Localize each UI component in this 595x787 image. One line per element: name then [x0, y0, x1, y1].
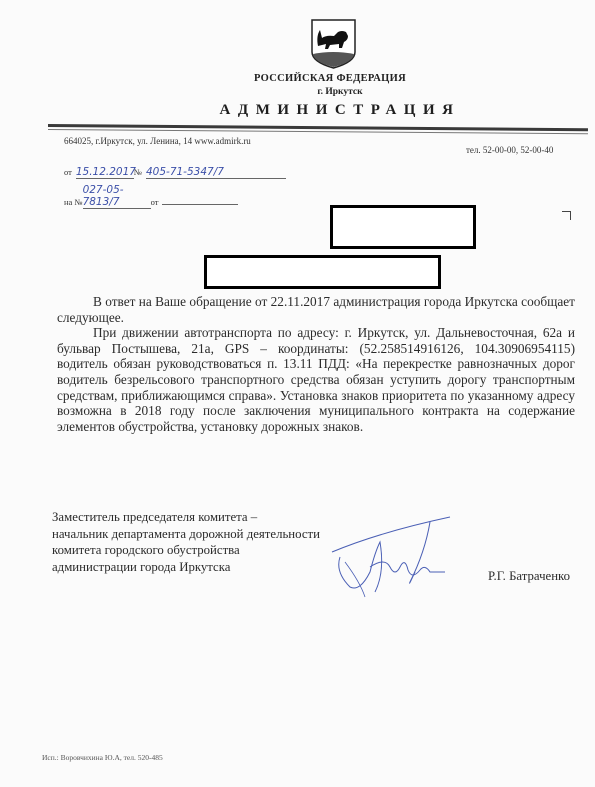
from-label: от [64, 167, 72, 177]
reply-date-blank [162, 194, 238, 205]
reply-label: на № [64, 197, 83, 207]
reply-number: 027-05-7813/7 [83, 184, 151, 209]
letter-body: В ответ на Ваше обращение от 22.11.2017 … [57, 294, 575, 434]
signatory-title-line: Заместитель председателя комитета – [52, 509, 320, 526]
signatory-title-line: комитета городского обустройства [52, 542, 320, 559]
organization-address: 664025, г.Иркутск, ул. Ленина, 14 www.ad… [64, 136, 251, 146]
handwritten-signature-icon [330, 512, 460, 602]
city-title: г. Иркутск [230, 87, 450, 97]
registration-line-reply: на №027-05-7813/7от [64, 184, 238, 210]
organization-title: АДМИНИСТРАЦИЯ [195, 102, 485, 119]
federation-title: РОССИЙСКАЯ ФЕДЕРАЦИЯ [200, 73, 460, 84]
address-corner-mark [562, 211, 571, 220]
body-paragraph: В ответ на Ваше обращение от 22.11.2017 … [57, 294, 575, 325]
registration-number: 405-71-5347/7 [146, 166, 286, 179]
executor-info: Исп.: Воровчихина Ю.А, тел. 520-485 [42, 753, 163, 762]
signatory-title-line: начальник департамента дорожной деятельн… [52, 526, 320, 543]
signatory-title-line: администрации города Иркутска [52, 559, 320, 576]
redacted-recipient-name [204, 255, 441, 289]
reply-from-label: от [151, 197, 159, 207]
signatory-title: Заместитель председателя комитета – нача… [52, 509, 320, 575]
body-paragraph: При движении автотранспорта по адресу: г… [57, 325, 575, 434]
redacted-recipient-block [330, 205, 476, 249]
registration-date: 15.12.2017 [76, 166, 134, 179]
number-label: № [134, 167, 142, 177]
coat-of-arms-icon [306, 18, 361, 70]
organization-phone: тел. 52-00-00, 52-00-40 [466, 145, 553, 155]
signatory-name: Р.Г. Батраченко [488, 569, 570, 584]
registration-line-outgoing: от 15.12.2017№ 405-71-5347/7 [64, 162, 286, 180]
